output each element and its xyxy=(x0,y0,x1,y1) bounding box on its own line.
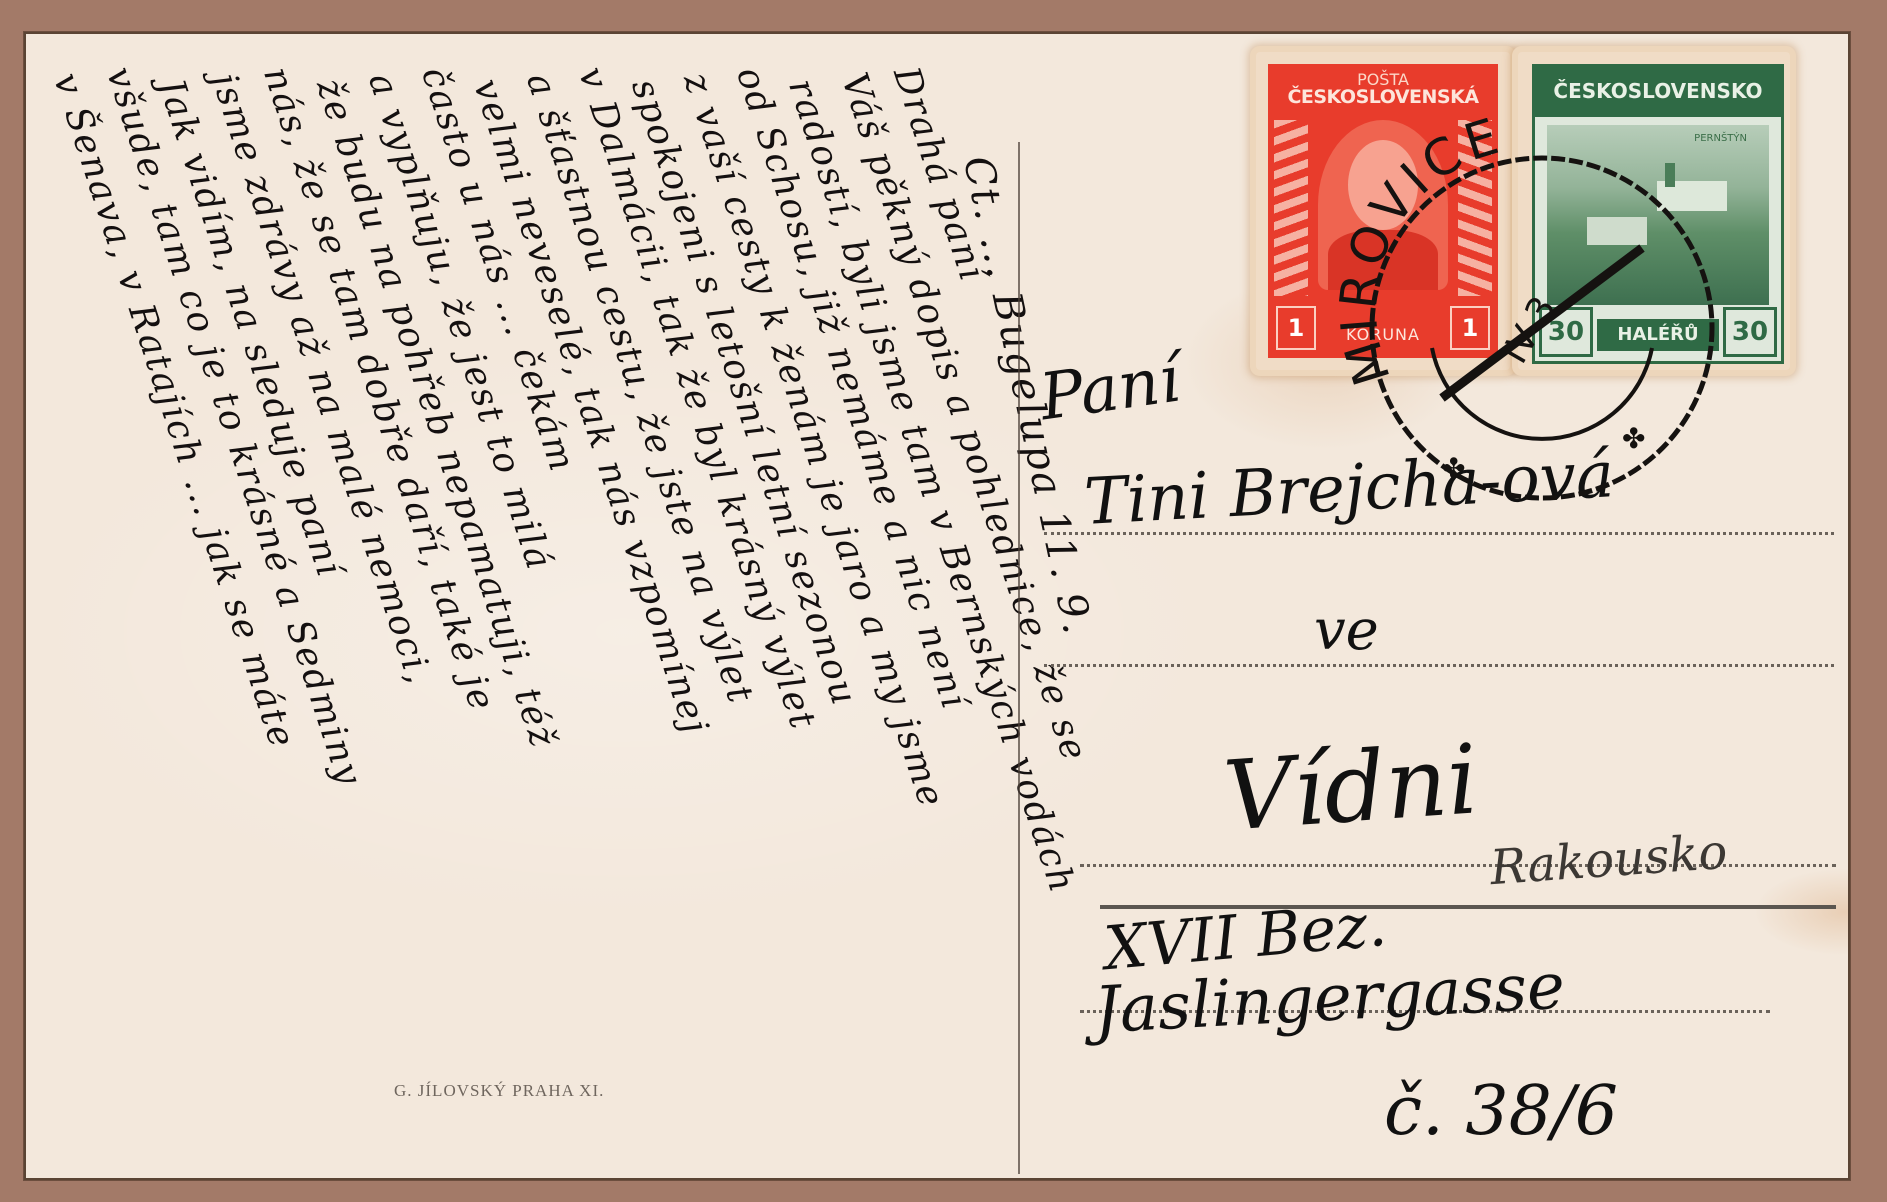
stamp-country: ČESKOSLOVENSKÁ xyxy=(1272,86,1494,108)
castle-landscape-icon: PERNŠTÝN xyxy=(1547,125,1769,305)
stamp-denomination: HALÉŘŮ xyxy=(1597,319,1719,351)
stamp-caption: PERNŠTÝN xyxy=(1694,133,1747,144)
stamp-country: ČESKOSLOVENSKO xyxy=(1535,79,1781,103)
address-rule xyxy=(1044,664,1834,667)
stamp-value-right: 30 xyxy=(1723,307,1777,357)
portrait-icon xyxy=(1318,120,1448,290)
stamp-denomination: KORUNA xyxy=(1324,325,1442,344)
address-number: č. 38/6 xyxy=(1384,1072,1618,1151)
address-city: Vídni xyxy=(1220,723,1481,852)
stamp-30-haleru: ČESKOSLOVENSKO PERNŠTÝN 30 HALÉŘŮ 30 xyxy=(1518,52,1790,370)
address-name: Tini Brejcha-ová xyxy=(1082,438,1615,540)
laurel-right-icon xyxy=(1458,120,1492,296)
address-salutation: Paní xyxy=(1036,343,1185,436)
stamp-value-left: 1 xyxy=(1276,306,1316,350)
postmark-ornament-icon: ✤ xyxy=(1622,422,1645,455)
laurel-left-icon xyxy=(1274,120,1308,296)
stamp-value-left: 30 xyxy=(1539,307,1593,357)
address-country: Rakousko xyxy=(1488,824,1729,896)
stamp-1-koruna: POŠTA ČESKOSLOVENSKÁ 1 KORUNA 1 xyxy=(1256,52,1510,370)
stamp-value-right: 1 xyxy=(1450,306,1490,350)
postcard: Ct. ... Bugelupa 11. 9. Drahá paníVáš pě… xyxy=(24,32,1850,1180)
printer-imprint: G. JÍLOVSKÝ PRAHA XI. xyxy=(394,1081,604,1101)
address-in: ve xyxy=(1314,598,1379,663)
vertical-divider xyxy=(1018,142,1020,1174)
